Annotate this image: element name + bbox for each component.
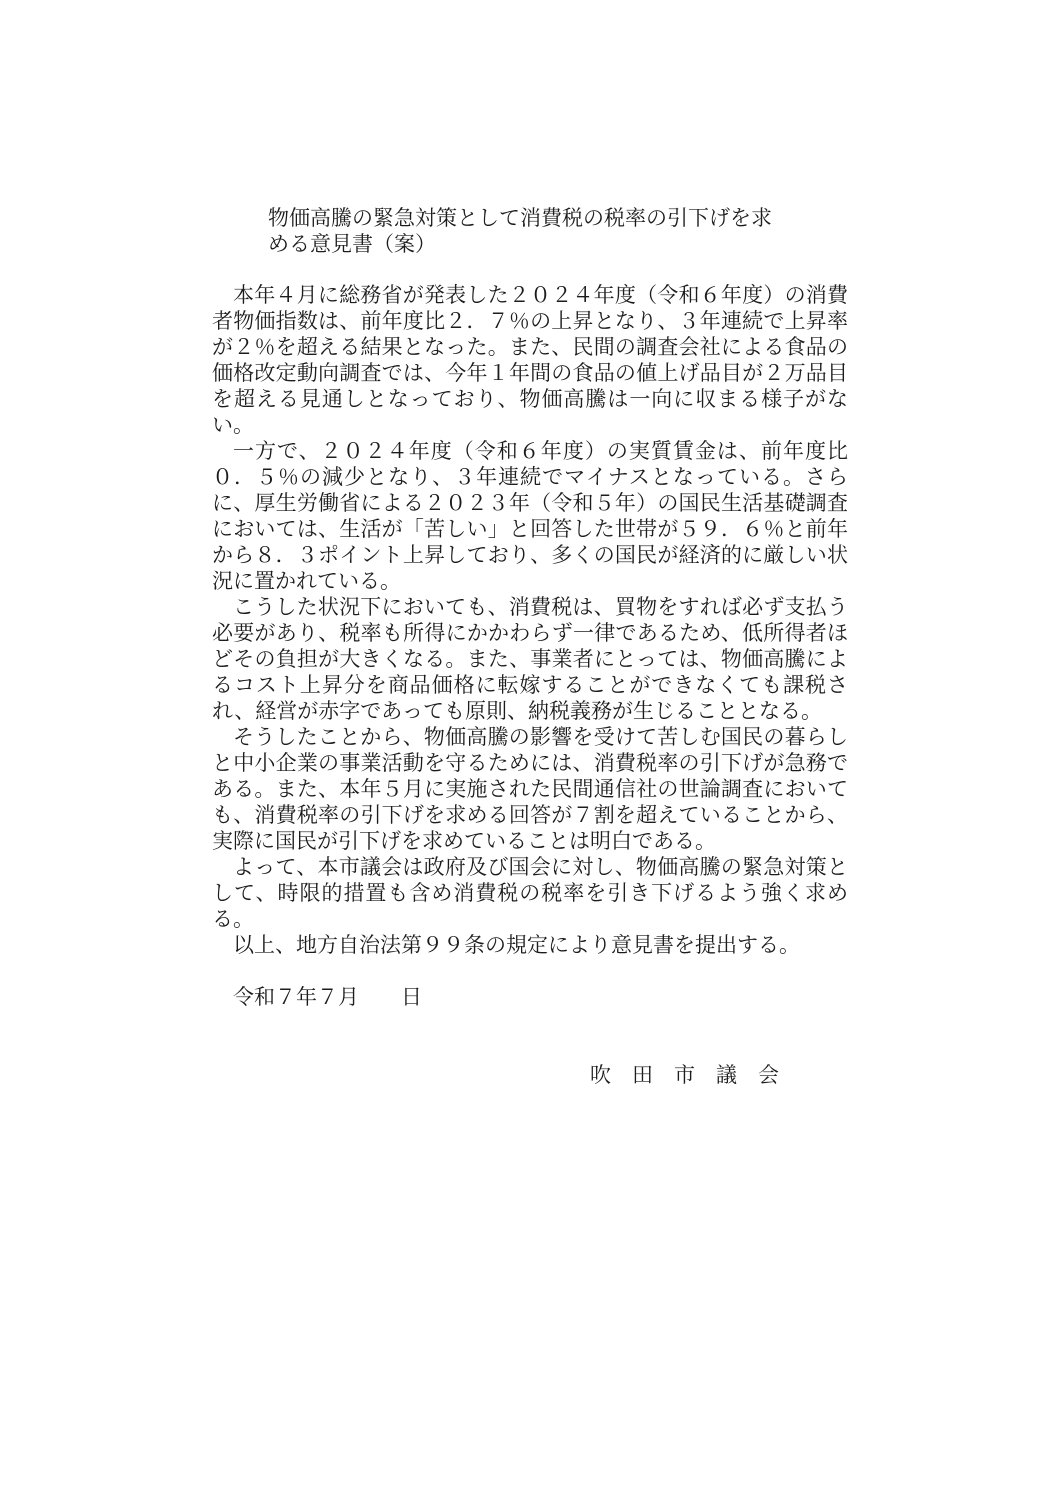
document-body: 本年４月に総務省が発表した２０２４年度（令和６年度）の消費者物価指数は、前年度比… <box>212 283 848 959</box>
paragraph: そうしたことから、物価高騰の影響を受けて苦しむ国民の暮らしと中小企業の事業活動を… <box>212 725 848 855</box>
paragraph: 一方で、２０２４年度（令和６年度）の実質賃金は、前年度比０．５％の減少となり、３… <box>212 439 848 595</box>
document-page: 物価高騰の緊急対策として消費税の税率の引下げを求 める意見書（案） 本年４月に総… <box>0 0 1058 1497</box>
paragraph: 以上、地方自治法第９９条の規定により意見書を提出する。 <box>212 933 848 959</box>
document-title-line-1: 物価高騰の緊急対策として消費税の税率の引下げを求 <box>268 206 848 232</box>
paragraph: 本年４月に総務省が発表した２０２４年度（令和６年度）の消費者物価指数は、前年度比… <box>212 283 848 439</box>
signature-suita-city-council: 吹 田 市 議 会 <box>590 1063 848 1089</box>
document-title-line-2: める意見書（案） <box>268 232 848 258</box>
document-date: 令和７年７月 日 <box>212 985 848 1011</box>
document-title: 物価高騰の緊急対策として消費税の税率の引下げを求 める意見書（案） <box>268 206 848 258</box>
document-content: 物価高騰の緊急対策として消費税の税率の引下げを求 める意見書（案） 本年４月に総… <box>212 206 848 1089</box>
paragraph: よって、本市議会は政府及び国会に対し、物価高騰の緊急対策として、時限的措置も含め… <box>212 855 848 933</box>
paragraph: こうした状況下においても、消費税は、買物をすれば必ず支払う必要があり、税率も所得… <box>212 595 848 725</box>
